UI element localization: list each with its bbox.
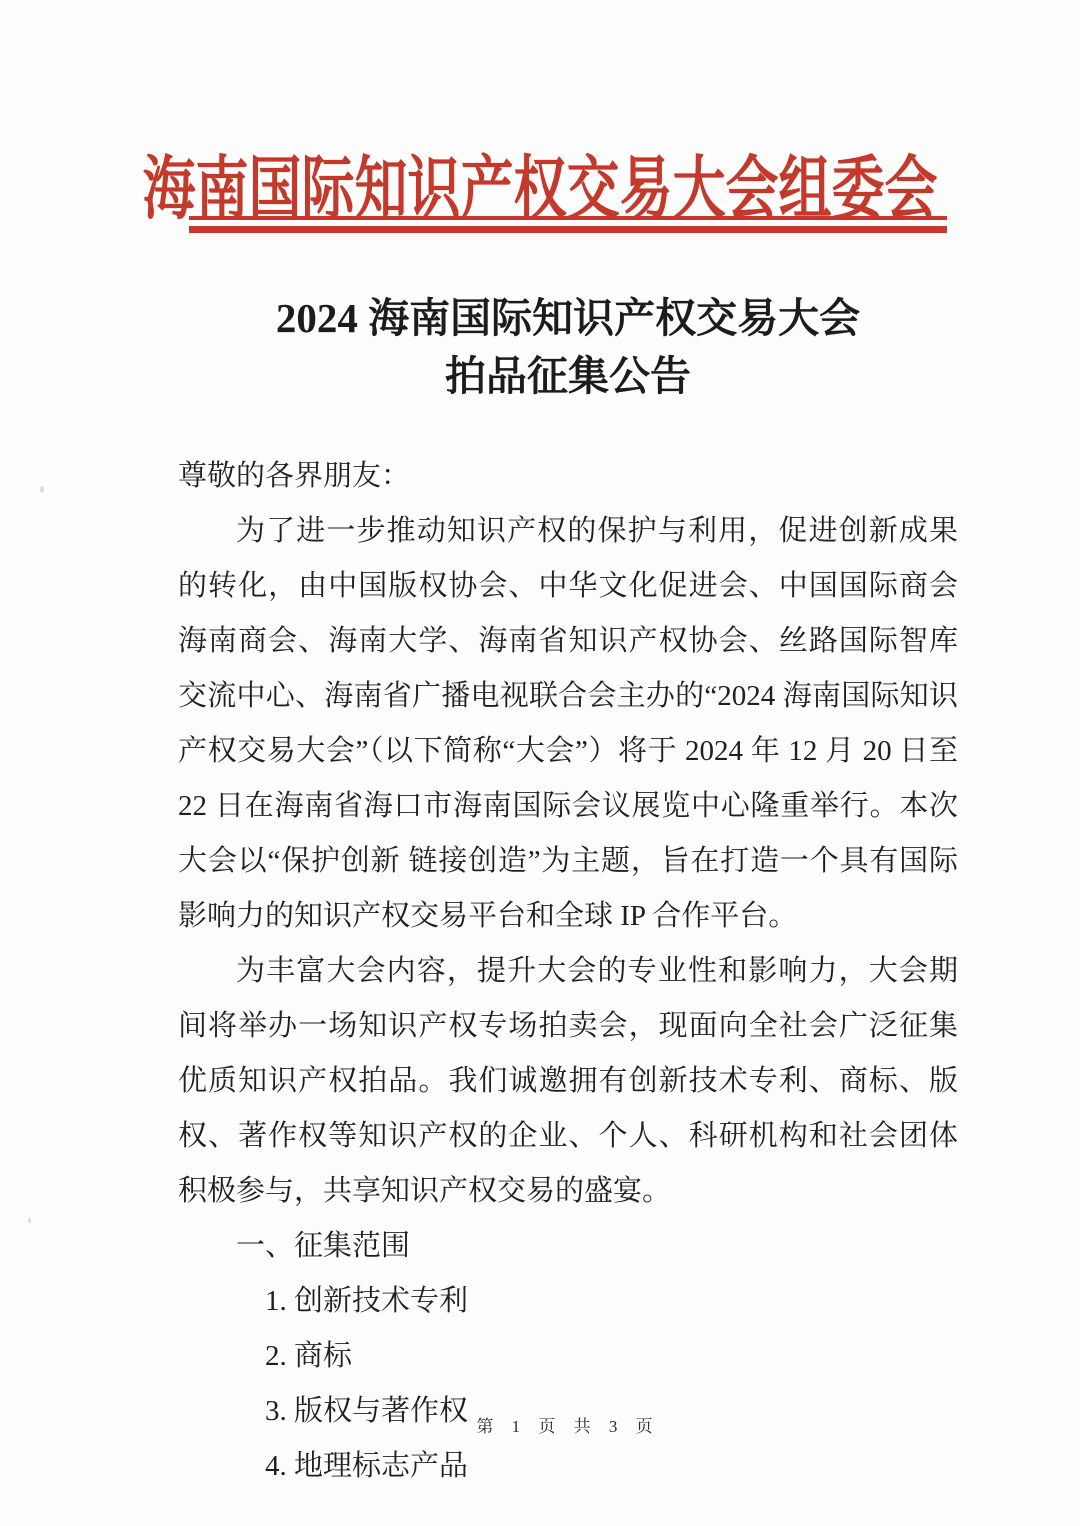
letterhead: 海南国际知识产权交易大会组委会 — [0, 0, 1080, 216]
letterhead-title: 海南国际知识产权交易大会组委会 — [143, 134, 938, 233]
section-heading: 一、征集范围 — [178, 1219, 958, 1274]
list-item-2: 2. 商标 — [178, 1329, 958, 1384]
page-number: 第 1 页 共 3 页 — [178, 1412, 958, 1437]
list-item-1: 1. 创新技术专利 — [178, 1274, 958, 1329]
document-page: 海南国际知识产权交易大会组委会 2024 海南国际知识产权交易大会 拍品征集公告… — [0, 0, 1080, 1526]
document-title: 2024 海南国际知识产权交易大会 拍品征集公告 — [178, 289, 958, 405]
document-body: 尊敬的各界朋友： 为了进一步推动知识产权的保护与利用，促进创新成果的转化，由中国… — [178, 449, 958, 1494]
body-paragraph-1: 为了进一步推动知识产权的保护与利用，促进创新成果的转化，由中国版权协会、中华文化… — [178, 504, 958, 944]
scan-artifact — [28, 1218, 31, 1223]
scan-artifact — [40, 486, 44, 493]
body-paragraph-2: 为丰富大会内容，提升大会的专业性和影响力，大会期间将举办一场知识产权专场拍卖会，… — [178, 944, 958, 1219]
document-title-line2: 拍品征集公告 — [178, 347, 958, 405]
salutation: 尊敬的各界朋友： — [178, 449, 958, 504]
document-title-line1: 2024 海南国际知识产权交易大会 — [178, 289, 958, 347]
list-item-4: 4. 地理标志产品 — [178, 1439, 958, 1494]
